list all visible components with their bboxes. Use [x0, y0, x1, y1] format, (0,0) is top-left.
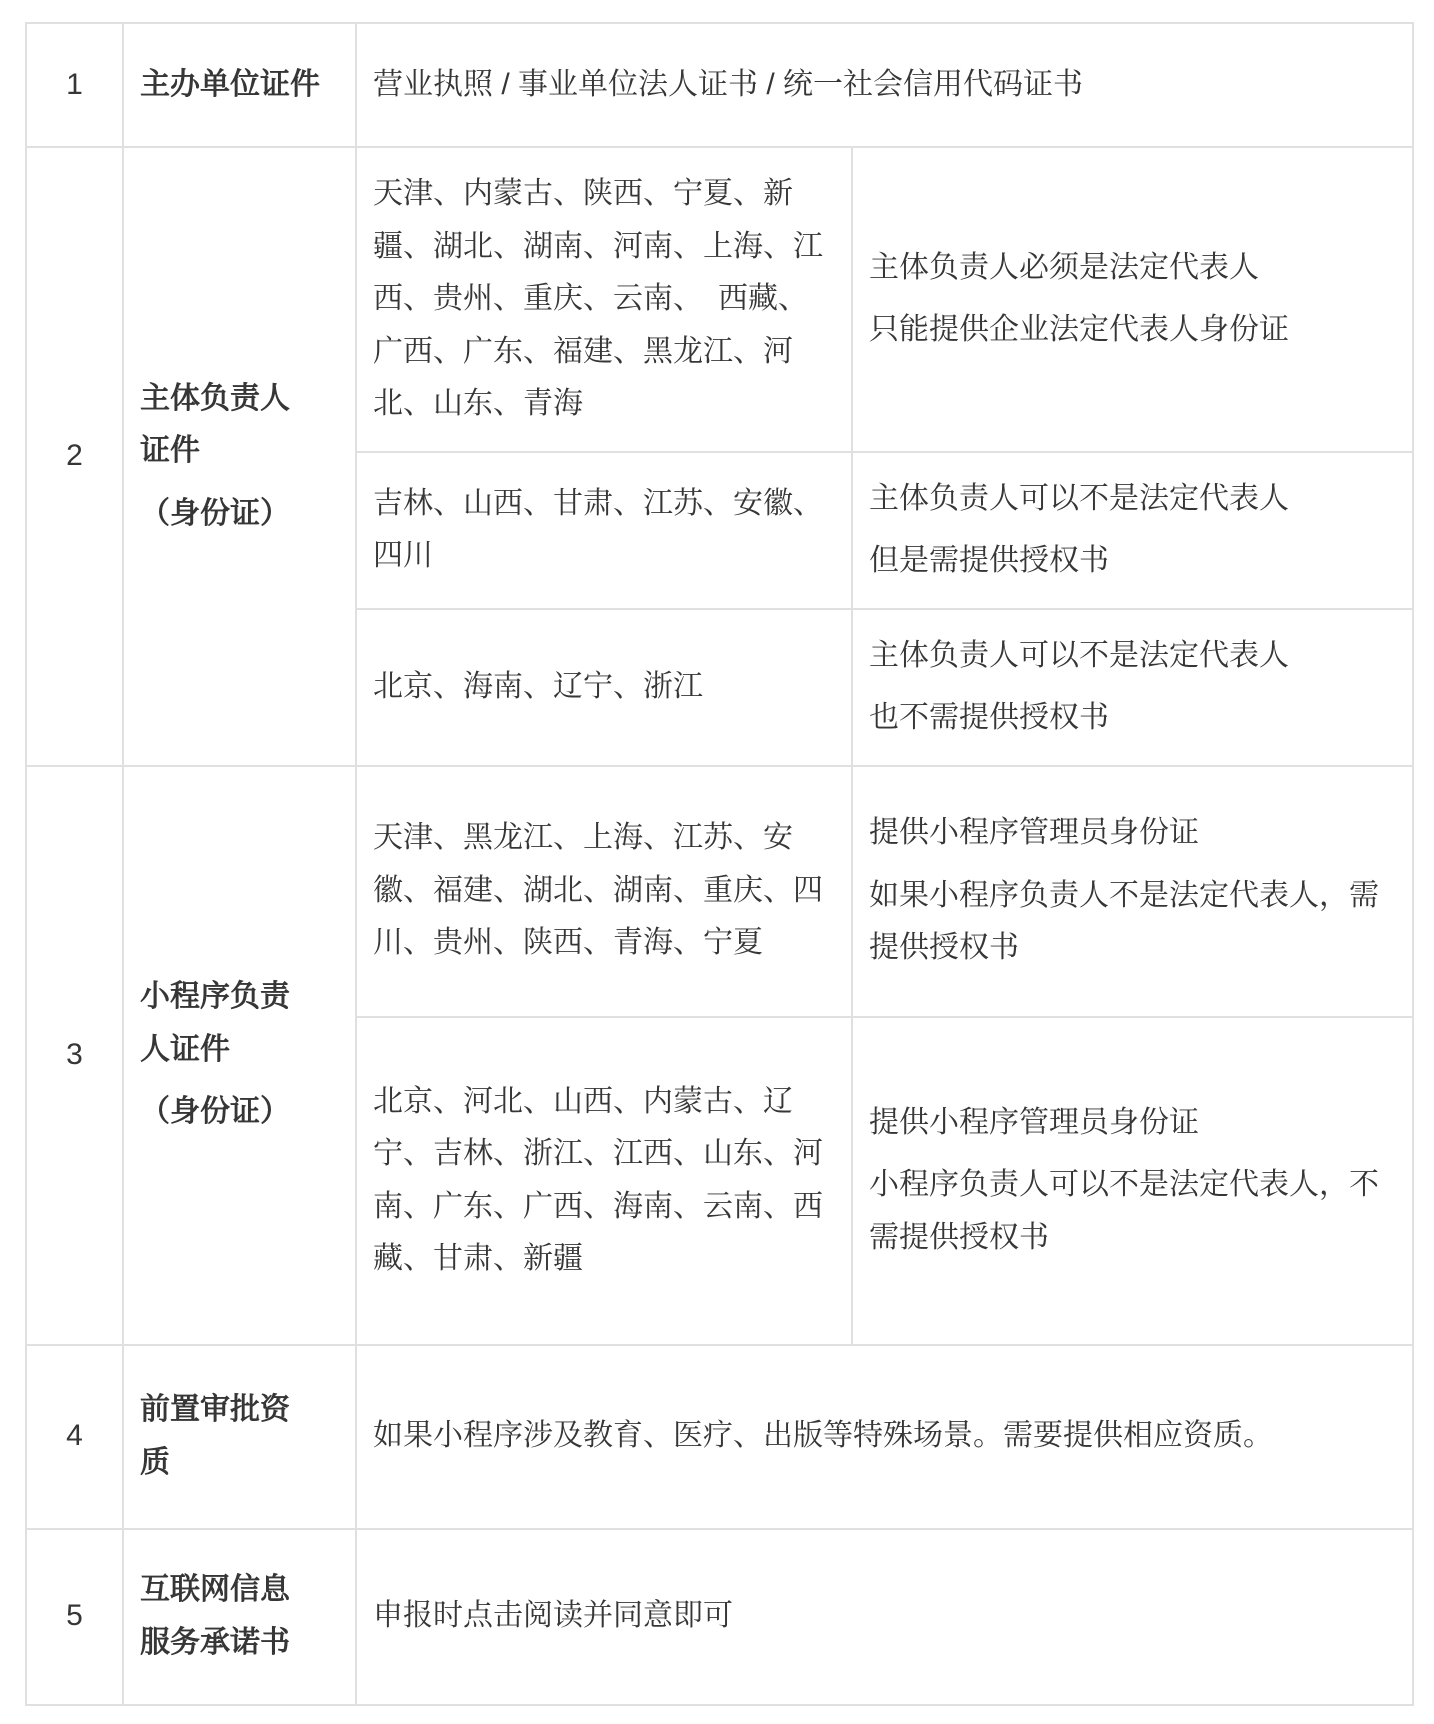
province-text: 北京、河北、山西、内蒙古、辽宁、吉林、浙江、江西、山东、河南、广东、广西、海南、… [373, 1076, 835, 1286]
province-text: 北京、海南、辽宁、浙江 [373, 661, 835, 714]
table-row: 2 主体负责人 证件 （身份证） 天津、内蒙古、陕西、宁夏、新疆、湖北、湖南、河… [26, 147, 1413, 452]
row-label: 主办单位证件 [123, 23, 356, 147]
row-content: 营业执照 / 事业单位法人证书 / 统一社会信用代码证书 [356, 23, 1413, 147]
note-paragraph: 主体负责人必须是法定代表人 [869, 242, 1396, 295]
requirement-note: 提供小程序管理员身份证 如果小程序负责人不是法定代表人，需提供授权书 [852, 766, 1413, 1017]
row-content: 申报时点击阅读并同意即可 [356, 1529, 1413, 1705]
note-paragraph: 主体负责人可以不是法定代表人 [869, 630, 1396, 683]
province-list: 北京、海南、辽宁、浙江 [356, 609, 852, 766]
row-label-sub: （身份证） [140, 488, 339, 541]
province-text: 吉林、山西、甘肃、江苏、安徽、四川 [373, 478, 835, 583]
note-paragraph: 但是需提供授权书 [869, 535, 1396, 588]
row-label-text: 互联网信息 服务承诺书 [140, 1564, 339, 1669]
row-label: 小程序负责 人证件 （身份证） [123, 766, 356, 1345]
row-number: 2 [26, 147, 123, 766]
requirement-note: 主体负责人必须是法定代表人 只能提供企业法定代表人身份证 [852, 147, 1413, 452]
row-number: 4 [26, 1345, 123, 1529]
table-row: 3 小程序负责 人证件 （身份证） 天津、黑龙江、上海、江苏、安徽、福建、湖北、… [26, 766, 1413, 1017]
requirement-note: 提供小程序管理员身份证 小程序负责人可以不是法定代表人，不需提供授权书 [852, 1017, 1413, 1345]
province-list: 吉林、山西、甘肃、江苏、安徽、四川 [356, 452, 852, 609]
note-paragraph: 小程序负责人可以不是法定代表人，不需提供授权书 [869, 1159, 1396, 1264]
row-number: 1 [26, 23, 123, 147]
note-paragraph: 只能提供企业法定代表人身份证 [869, 304, 1396, 357]
table-row: 1 主办单位证件 营业执照 / 事业单位法人证书 / 统一社会信用代码证书 [26, 23, 1413, 147]
province-list: 北京、河北、山西、内蒙古、辽宁、吉林、浙江、江西、山东、河南、广东、广西、海南、… [356, 1017, 852, 1345]
table-row: 4 前置审批资 质 如果小程序涉及教育、医疗、出版等特殊场景。需要提供相应资质。 [26, 1345, 1413, 1529]
province-text: 天津、内蒙古、陕西、宁夏、新疆、湖北、湖南、河南、上海、江西、贵州、重庆、云南、… [373, 168, 835, 431]
requirements-table: 1 主办单位证件 营业执照 / 事业单位法人证书 / 统一社会信用代码证书 2 … [25, 22, 1414, 1706]
note-paragraph: 提供小程序管理员身份证 [869, 1097, 1396, 1150]
note-paragraph: 也不需提供授权书 [869, 692, 1396, 745]
row-label: 主体负责人 证件 （身份证） [123, 147, 356, 766]
province-list: 天津、黑龙江、上海、江苏、安徽、福建、湖北、湖南、重庆、四川、贵州、陕西、青海、… [356, 766, 852, 1017]
note-paragraph: 主体负责人可以不是法定代表人 [869, 473, 1396, 526]
table-row: 5 互联网信息 服务承诺书 申报时点击阅读并同意即可 [26, 1529, 1413, 1705]
row-label: 前置审批资 质 [123, 1345, 356, 1529]
requirement-note: 主体负责人可以不是法定代表人 也不需提供授权书 [852, 609, 1413, 766]
content-text: 如果小程序涉及教育、医疗、出版等特殊场景。需要提供相应资质。 [373, 1410, 1396, 1463]
row-label-text: 前置审批资 质 [140, 1384, 339, 1489]
content-text: 申报时点击阅读并同意即可 [373, 1590, 1396, 1643]
row-content: 如果小程序涉及教育、医疗、出版等特殊场景。需要提供相应资质。 [356, 1345, 1413, 1529]
province-list: 天津、内蒙古、陕西、宁夏、新疆、湖北、湖南、河南、上海、江西、贵州、重庆、云南、… [356, 147, 852, 452]
row-label-sub: （身份证） [140, 1086, 339, 1139]
note-paragraph: 提供小程序管理员身份证 [869, 807, 1396, 860]
content-text: 营业执照 / 事业单位法人证书 / 统一社会信用代码证书 [373, 59, 1396, 112]
row-number: 3 [26, 766, 123, 1345]
row-label-text: 小程序负责 人证件 [140, 971, 339, 1076]
requirement-note: 主体负责人可以不是法定代表人 但是需提供授权书 [852, 452, 1413, 609]
row-label-text: 主体负责人 证件 [140, 373, 339, 478]
row-label: 互联网信息 服务承诺书 [123, 1529, 356, 1705]
note-paragraph: 如果小程序负责人不是法定代表人，需提供授权书 [869, 870, 1396, 975]
page: 1 主办单位证件 营业执照 / 事业单位法人证书 / 统一社会信用代码证书 2 … [0, 0, 1434, 1724]
province-text: 天津、黑龙江、上海、江苏、安徽、福建、湖北、湖南、重庆、四川、贵州、陕西、青海、… [373, 812, 835, 970]
row-number: 5 [26, 1529, 123, 1705]
